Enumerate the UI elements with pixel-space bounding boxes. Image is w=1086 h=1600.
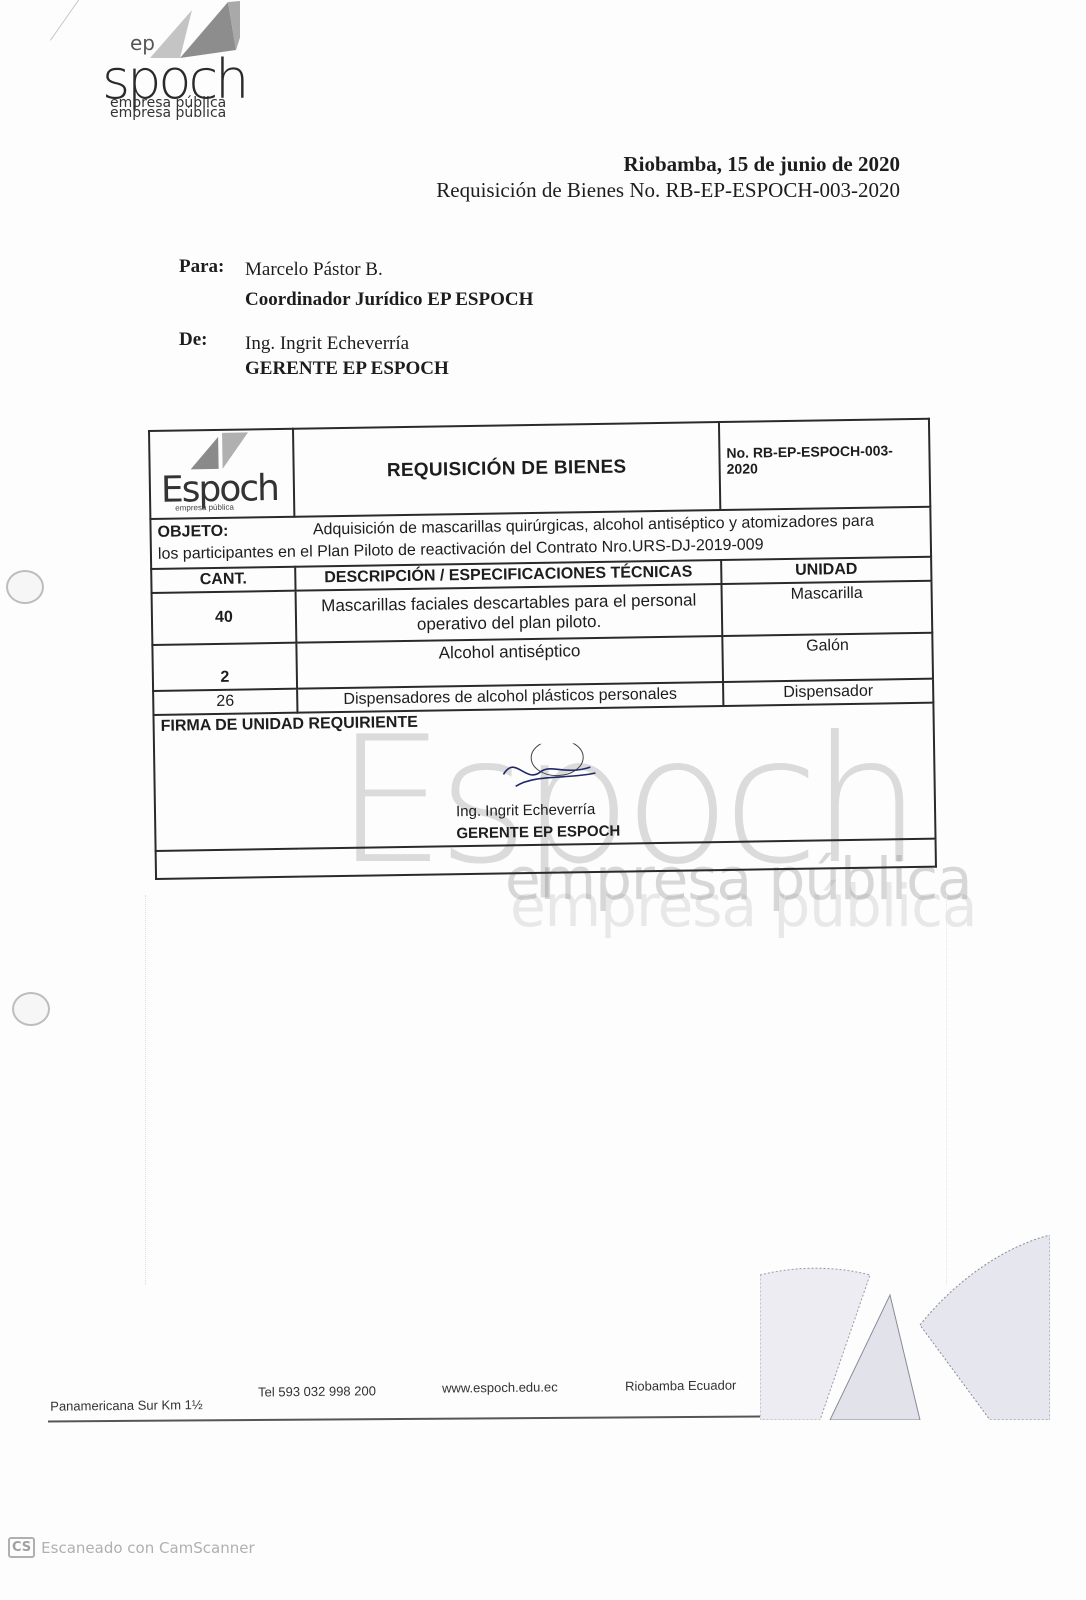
logo-mark-icon — [190, 437, 218, 469]
item-unit: Mascarilla — [721, 581, 932, 636]
logo-mark-icon — [222, 432, 249, 468]
from-name: Ing. Ingrit Echeverría — [245, 333, 409, 355]
to-title: Coordinador Jurídico EP ESPOCH — [245, 289, 533, 311]
to-label: Para: — [179, 256, 224, 278]
col-header-unit: UNIDAD — [721, 557, 931, 584]
camscanner-logo-icon: CS — [8, 1537, 35, 1558]
item-qty: 40 — [152, 591, 297, 645]
form-title: REQUISICIÓN DE BIENES — [293, 422, 720, 517]
from-title: GERENTE EP ESPOCH — [245, 358, 449, 380]
form-header-row: Espoch empresa pública REQUISICIÓN DE BI… — [149, 419, 930, 519]
footer-website[interactable]: www.espoch.edu.ec — [442, 1379, 558, 1395]
signature-row: FIRMA DE UNIDAD REQUIRIENTE Ing. Ingrit … — [153, 703, 935, 851]
date-line: Riobamba, 15 de junio de 2020 — [623, 152, 900, 177]
footer-phone: Tel 593 032 998 200 — [258, 1383, 376, 1399]
signature-label: FIRMA DE UNIDAD REQUIRIENTE — [161, 714, 418, 735]
item-qty: 2 — [152, 643, 297, 691]
camscanner-text: Escaneado con CamScanner — [41, 1539, 254, 1557]
punch-hole — [12, 992, 50, 1026]
signer-name: Ing. Ingrit Echeverría — [456, 801, 595, 820]
corner-decoration-icon — [760, 1235, 1050, 1420]
bleed-through-ghost — [145, 895, 947, 1285]
requisition-table: Espoch empresa pública REQUISICIÓN DE BI… — [148, 418, 937, 880]
footer-address: Panamericana Sur Km 1½ — [50, 1397, 203, 1414]
signature-cell: FIRMA DE UNIDAD REQUIRIENTE Ing. Ingrit … — [153, 703, 935, 851]
logo-subtitle: empresa pública empresa pública — [110, 98, 226, 118]
item-unit: Dispensador — [723, 679, 933, 706]
requisition-form: Espoch empresa pública REQUISICIÓN DE BI… — [148, 418, 937, 880]
to-name: Marcelo Pástor B. — [245, 259, 383, 281]
objeto-label: OBJETO: — [157, 523, 228, 541]
signer-title: GERENTE EP ESPOCH — [456, 823, 620, 843]
form-logo: Espoch empresa pública — [149, 429, 294, 519]
item-unit: Galón — [722, 633, 933, 682]
footer-divider — [48, 1416, 760, 1423]
signature-icon — [495, 743, 606, 795]
footer-city: Riobamba Ecuador — [625, 1378, 736, 1394]
requisition-number-line: Requisición de Bienes No. RB-EP-ESPOCH-0… — [436, 178, 900, 203]
letterhead-logo: ep spoch empresa pública empresa pública — [90, 0, 260, 125]
col-header-qty: CANT. — [151, 567, 295, 593]
item-description: Alcohol antiséptico — [296, 636, 723, 689]
camscanner-watermark: CS Escaneado con CamScanner — [8, 1537, 255, 1558]
form-number: No. RB-EP-ESPOCH-003-2020 — [719, 419, 930, 510]
footer: Panamericana Sur Km 1½ Tel 593 032 998 2… — [50, 1379, 760, 1386]
item-qty: 26 — [153, 689, 297, 715]
from-label: De: — [179, 329, 207, 351]
punch-hole — [6, 570, 44, 604]
item-description: Mascarillas faciales descartables para e… — [296, 584, 723, 643]
